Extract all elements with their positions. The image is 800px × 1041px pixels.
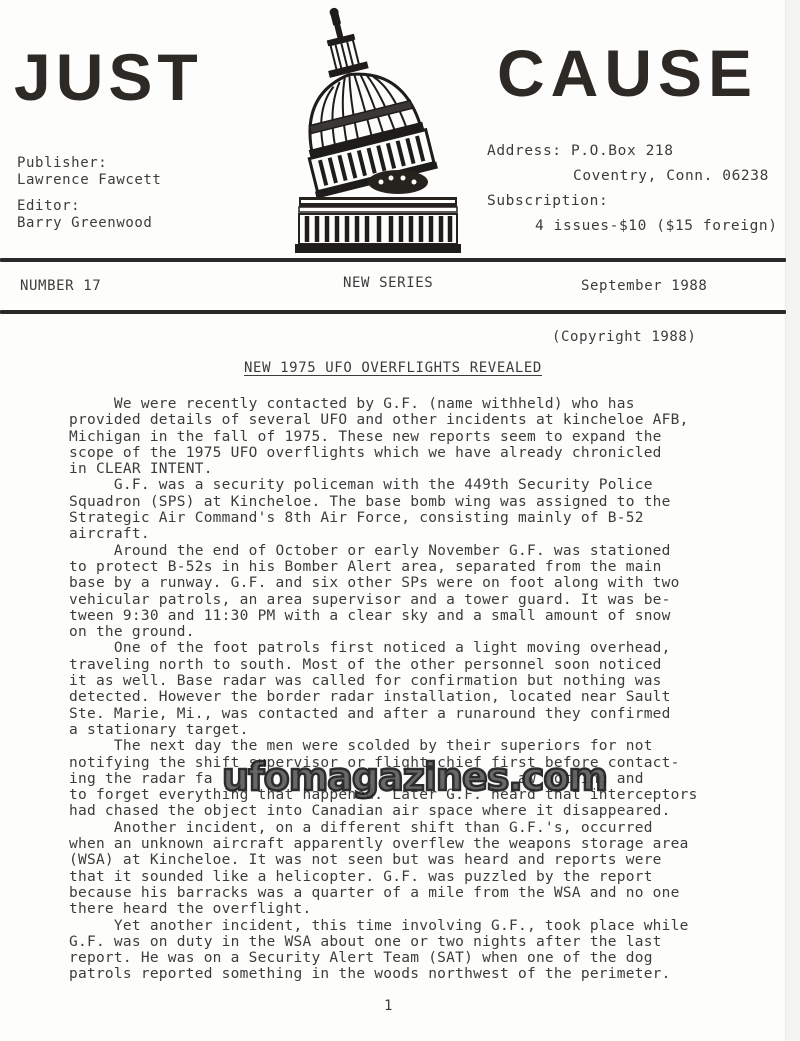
article-line: Squadron (SPS) at Kincheloe. The base bo… [69, 494, 789, 510]
article-line: detected. However the border radar insta… [69, 689, 789, 705]
article-line: tween 9:30 and 11:30 PM with a clear sky… [69, 608, 789, 624]
issue-number: NUMBER 17 [20, 278, 101, 294]
staff-credits: Publisher: Lawrence Fawcett Editor: Barr… [17, 155, 161, 232]
article-line: Around the end of October or early Novem… [69, 543, 789, 559]
publisher-name: Lawrence Fawcett [17, 172, 161, 189]
article-line: aircraft. [69, 526, 789, 542]
copyright-notice: (Copyright 1988) [552, 329, 696, 345]
article-line: because his barracks was a quarter of a … [69, 885, 789, 901]
article-line: it as well. Base radar was called for co… [69, 673, 789, 689]
article-line: report. He was on a Security Alert Team … [69, 950, 789, 966]
article-line: there heard the overflight. [69, 901, 789, 917]
publisher-label: Publisher: [17, 155, 161, 172]
masthead-title-left: JUST [14, 44, 203, 110]
article-line: traveling north to south. Most of the ot… [69, 657, 789, 673]
article-line: provided details of several UFO and othe… [69, 412, 789, 428]
subscription-price: 4 issues-$10 ($15 foreign) [487, 214, 778, 239]
article-line: Strategic Air Command's 8th Air Force, c… [69, 510, 789, 526]
article-line: G.F. was a security policeman with the 4… [69, 477, 789, 493]
article-line: One of the foot patrols first noticed a … [69, 640, 789, 656]
address-line-1: Address: P.O.Box 218 [487, 139, 778, 164]
headline-text: NEW 1975 UFO OVERFLIGHTS REVEALED [244, 360, 542, 376]
issue-series: NEW SERIES [343, 275, 433, 291]
article-line: patrols reported something in the woods … [69, 966, 789, 982]
article-line: scope of the 1975 UFO overflights which … [69, 445, 789, 461]
article-line: We were recently contacted by G.F. (name… [69, 396, 789, 412]
article-line: Another incident, on a different shift t… [69, 820, 789, 836]
issue-date: September 1988 [581, 278, 707, 294]
issue-info-row: NUMBER 17 NEW SERIES September 1988 [0, 278, 786, 300]
article-line: base by a runway. G.F. and six other SPs… [69, 575, 789, 591]
article-line: The next day the men were scolded by the… [69, 738, 789, 754]
editor-label: Editor: [17, 198, 161, 215]
article-line: a stationary target. [69, 722, 789, 738]
article-headline: NEW 1975 UFO OVERFLIGHTS REVEALED [0, 360, 786, 376]
capitol-dome-ufo-icon [293, 2, 463, 254]
article-line: Ste. Marie, Mi., was contacted and after… [69, 706, 789, 722]
article-line: had chased the object into Canadian air … [69, 803, 789, 819]
article-line: that it sounded like a helicopter. G.F. … [69, 869, 789, 885]
article-line: G.F. was on duty in the WSA about one or… [69, 934, 789, 950]
article-line: (WSA) at Kincheloe. It was not seen but … [69, 852, 789, 868]
article-body: We were recently contacted by G.F. (name… [69, 396, 789, 983]
watermark: ufomagazines.com [222, 758, 607, 796]
subscription-label: Subscription: [487, 189, 778, 214]
contact-info: Address: P.O.Box 218 Coventry, Conn. 062… [487, 139, 778, 239]
article-line: Michigan in the fall of 1975. These new … [69, 429, 789, 445]
article-line: vehicular patrols, an area supervisor an… [69, 592, 789, 608]
masthead-title-right: CAUSE [497, 40, 758, 106]
article-line: in CLEAR INTENT. [69, 461, 789, 477]
article-line: on the ground. [69, 624, 789, 640]
address-line-2: Coventry, Conn. 06238 [487, 164, 778, 189]
editor-name: Barry Greenwood [17, 215, 161, 232]
article-line: Yet another incident, this time involvin… [69, 918, 789, 934]
divider-bottom [0, 310, 786, 314]
page-number: 1 [384, 998, 393, 1014]
article-line: when an unknown aircraft apparently over… [69, 836, 789, 852]
article-line: to protect B-52s in his Bomber Alert are… [69, 559, 789, 575]
divider-top [0, 258, 786, 262]
